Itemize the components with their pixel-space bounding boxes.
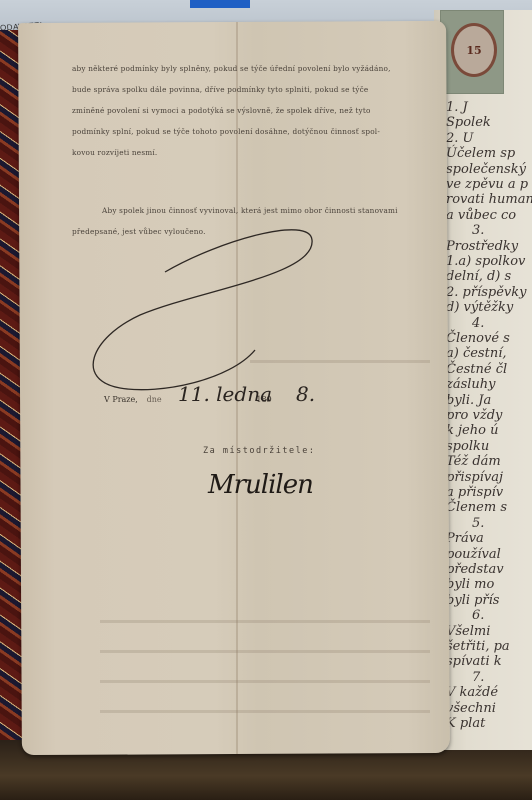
handwritten-line: byli mo (446, 577, 494, 592)
text-line: kovou rozvíjeti nesmí. (72, 142, 432, 163)
handwritten-line: Prostředky (446, 239, 518, 254)
text-line: aby některé podmínky byly splněny, pokud… (72, 58, 432, 79)
handwritten-line: Členové s (446, 331, 510, 346)
handwritten-line: 5. (472, 516, 484, 531)
handwritten-line: Práva (446, 531, 484, 546)
handwritten-line: spívati k (446, 654, 502, 669)
handwritten-line: Účelem sp (446, 146, 515, 161)
handwritten-line: všechni (446, 701, 496, 716)
text-line: Aby spolek jinou činnosť vyvinoval, kter… (72, 200, 432, 221)
handwritten-line: a vůbec co (446, 208, 516, 223)
handwritten-line: Spolek (446, 115, 491, 130)
handwritten-line: přispívaj (446, 470, 503, 485)
faint-bleedthrough (100, 650, 430, 653)
date-prefix: dne (147, 395, 162, 404)
handwritten-line: 2. příspěvky (446, 285, 526, 300)
handwritten-line: d) výtěžky (446, 300, 513, 315)
handwritten-line: pro vždy (446, 408, 502, 423)
handwritten-line: zásluhy (446, 377, 496, 392)
handwritten-line: Též dám (446, 454, 501, 469)
handwritten-line: 1. J (446, 100, 468, 115)
handwritten-line: 3. (472, 223, 484, 238)
background-object (190, 0, 250, 8)
handwritten-line: 2. U (446, 131, 474, 146)
handwritten-line: Členem s (446, 500, 507, 515)
handwritten-line: a) čestní, (446, 346, 507, 361)
faint-bleedthrough (100, 680, 430, 683)
handwritten-line: spolku (446, 439, 489, 454)
text-line: zmíněné povolení si vymoci a podotýká se… (72, 100, 432, 121)
faint-bleedthrough (100, 620, 430, 623)
text-line: bude správa spolku dále povinna, dříve p… (72, 79, 432, 100)
handwritten-line: delní, d) s (446, 269, 511, 284)
handwritten-year: 8. (296, 382, 315, 406)
handwritten-line: k jeho ú (446, 423, 498, 438)
stamp-value: 15 (451, 23, 497, 77)
flourish-stroke (80, 220, 340, 400)
handwritten-line: společenský (446, 162, 526, 177)
handwritten-line: šetřiti, pa (446, 639, 510, 654)
handwritten-line: Čestné čl (446, 362, 507, 377)
handwritten-line: ve zpěvu a p (446, 177, 528, 192)
handwritten-line: rovati human (446, 192, 532, 207)
handwritten-line: byli. Ja (446, 393, 491, 408)
place-label: V Praze, (104, 395, 138, 404)
text-line: podmínky splní, pokud se týče tohoto pov… (72, 121, 432, 142)
handwritten-line: byli přís (446, 593, 499, 608)
handwritten-line: 1.a) spolkov (446, 254, 525, 269)
handwritten-line: 4. (472, 316, 484, 331)
handwritten-date: 11. ledna (178, 382, 272, 406)
revenue-stamp: 15 (440, 10, 504, 94)
handwritten-line: používal (446, 547, 501, 562)
handwritten-line: Všelmi (446, 624, 490, 639)
handwritten-line: K plat (446, 716, 485, 731)
handwritten-line: V každé (446, 685, 498, 700)
signature: Mrulilen (208, 470, 313, 500)
on-behalf-label: Za místodržitele: (203, 446, 316, 456)
faint-bleedthrough (100, 710, 430, 713)
handwritten-line: 7. (472, 670, 484, 685)
handwritten-line: představ (446, 562, 504, 577)
printed-paragraph-1: aby některé podmínky byly splněny, pokud… (72, 58, 432, 163)
handwritten-line: a přispív (446, 485, 503, 500)
handwritten-line: 6. (472, 608, 484, 623)
faint-bleedthrough (250, 360, 430, 363)
